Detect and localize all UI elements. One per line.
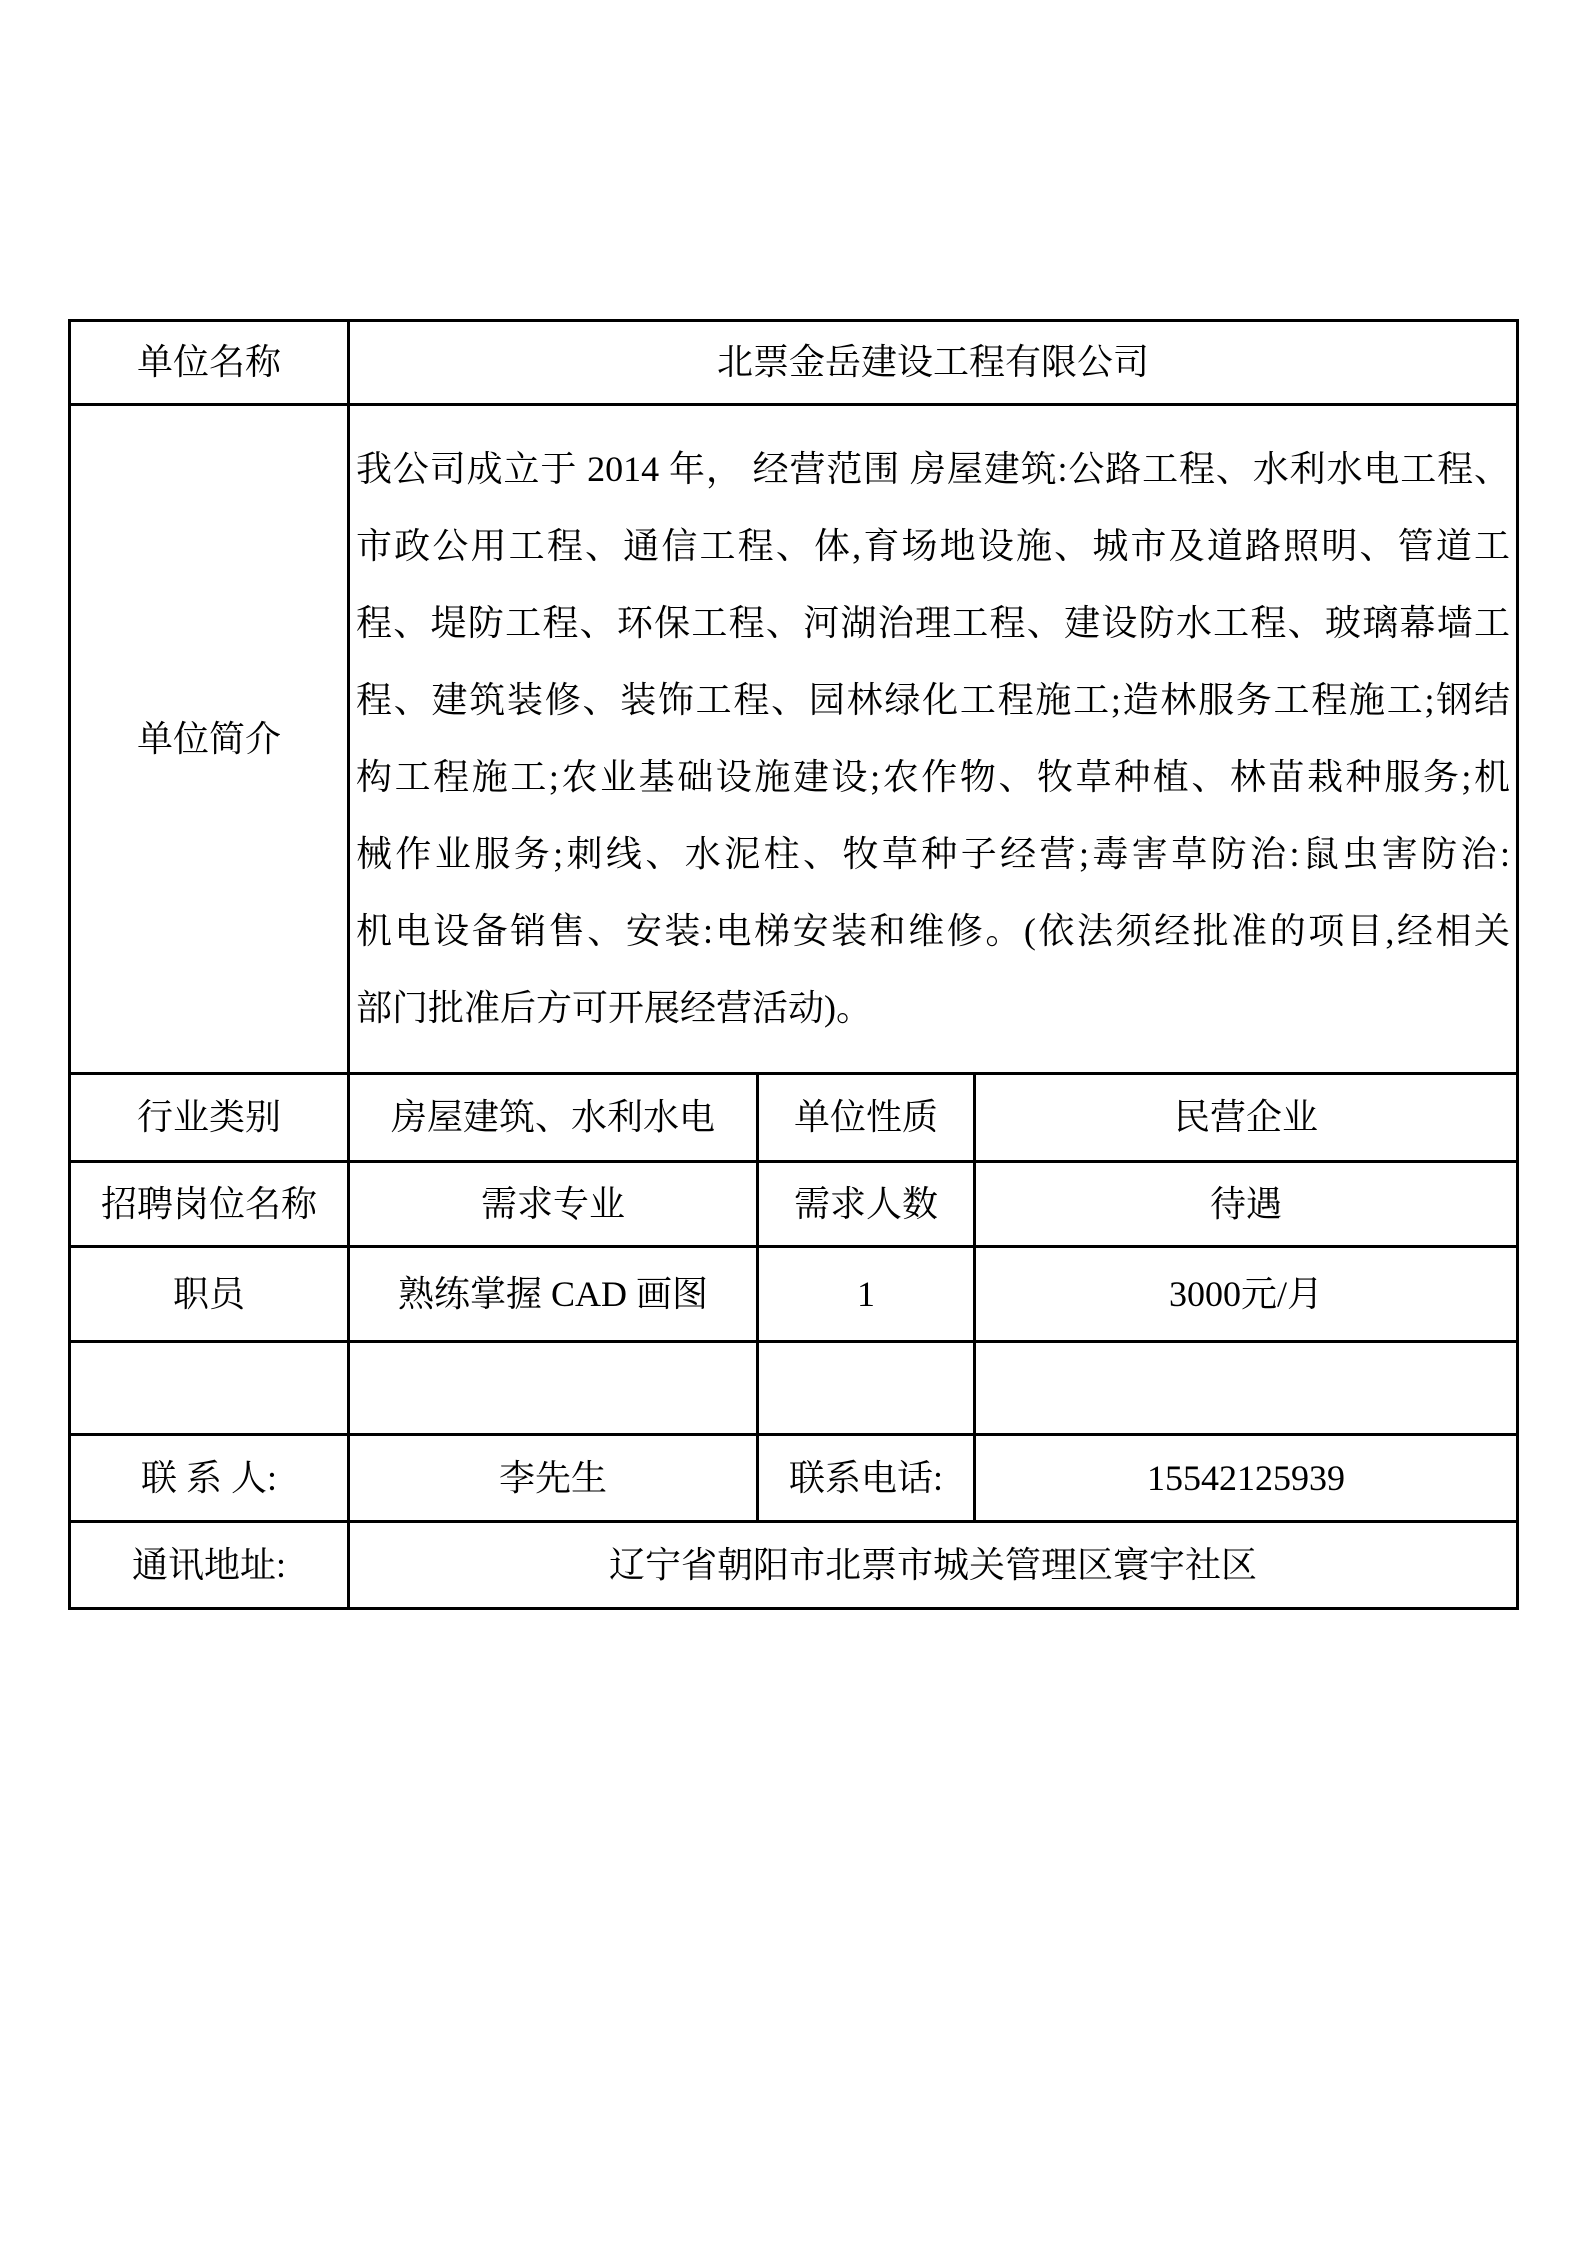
industry-label: 行业类别 [70,1074,349,1162]
row-contact: 联 系 人: 李先生 联系电话: 15542125939 [70,1435,1518,1522]
address-label: 通讯地址: [70,1522,349,1609]
contact-phone-label: 联系电话: [758,1435,975,1522]
intro-line-6: 械作业服务;刺线、水泥柱、牧草种子经营;毒害草防治:鼠虫害防治: [356,816,1510,893]
position-headcount: 1 [758,1247,975,1342]
header-required-major: 需求专业 [349,1162,758,1247]
contact-person-label: 联 系 人: [70,1435,349,1522]
intro-line-2: 市政公用工程、通信工程、体,育场地设施、城市及道路照明、管道工 [356,508,1510,585]
intro-line-3: 程、堤防工程、环保工程、河湖治理工程、建设防水工程、玻璃幕墙工 [356,585,1510,662]
row-industry: 行业类别 房屋建筑、水利水电 单位性质 民营企业 [70,1074,1518,1162]
intro-line-5: 构工程施工;农业基础设施建设;农作物、牧草种植、林苗栽种服务;机 [356,739,1510,816]
row-position-1: 职员 熟练掌握 CAD 画图 1 3000元/月 [70,1247,1518,1342]
row-company-name: 单位名称 北票金岳建设工程有限公司 [70,321,1518,405]
company-intro-label: 单位简介 [70,405,349,1074]
company-name-value: 北票金岳建设工程有限公司 [349,321,1518,405]
company-name-label: 单位名称 [70,321,349,405]
row-column-headers: 招聘岗位名称 需求专业 需求人数 待遇 [70,1162,1518,1247]
contact-person-value: 李先生 [349,1435,758,1522]
contact-phone-value: 15542125939 [975,1435,1518,1522]
company-intro-text: 我公司成立于 2014 年， 经营范围 房屋建筑:公路工程、水利水电工程、 市政… [349,405,1518,1074]
intro-line-8: 部门批准后方可开展经营活动)。 [356,970,1510,1047]
row-position-2-empty [70,1342,1518,1435]
empty-cell-1 [70,1342,349,1435]
header-salary: 待遇 [975,1162,1518,1247]
address-value: 辽宁省朝阳市北票市城关管理区寰宇社区 [349,1522,1518,1609]
intro-line-1: 我公司成立于 2014 年， 经营范围 房屋建筑:公路工程、水利水电工程、 [356,431,1510,508]
empty-cell-4 [975,1342,1518,1435]
intro-line-4: 程、建筑装修、装饰工程、园林绿化工程施工;造林服务工程施工;钢结 [356,662,1510,739]
industry-value: 房屋建筑、水利水电 [349,1074,758,1162]
empty-cell-2 [349,1342,758,1435]
position-name: 职员 [70,1247,349,1342]
row-address: 通讯地址: 辽宁省朝阳市北票市城关管理区寰宇社区 [70,1522,1518,1609]
intro-line-7: 机电设备销售、安装:电梯安装和维修。(依法须经批准的项目,经相关 [356,893,1510,970]
document-page: 单位名称 北票金岳建设工程有限公司 单位简介 我公司成立于 2014 年， 经营… [0,0,1587,2245]
row-company-intro: 单位简介 我公司成立于 2014 年， 经营范围 房屋建筑:公路工程、水利水电工… [70,405,1518,1074]
company-nature-label: 单位性质 [758,1074,975,1162]
position-required-major: 熟练掌握 CAD 画图 [349,1247,758,1342]
company-nature-value: 民营企业 [975,1074,1518,1162]
position-salary: 3000元/月 [975,1247,1518,1342]
empty-cell-3 [758,1342,975,1435]
header-position-name: 招聘岗位名称 [70,1162,349,1247]
recruitment-table: 单位名称 北票金岳建设工程有限公司 单位简介 我公司成立于 2014 年， 经营… [68,319,1519,1610]
header-headcount: 需求人数 [758,1162,975,1247]
